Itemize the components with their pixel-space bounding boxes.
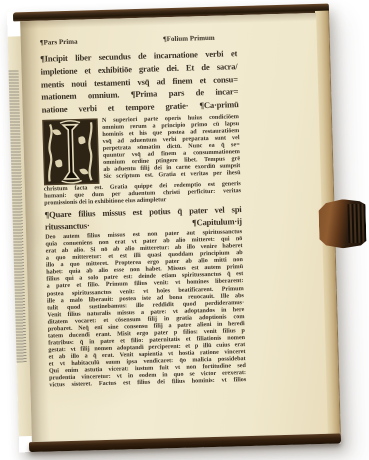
chapter-body: Deo autem filius missus est non pater au… [45, 228, 246, 388]
opening-paragraph: N superiori parte operis huius condiciōe… [42, 113, 241, 182]
running-header: ¶Pars Prima ¶Folium Primum [40, 33, 237, 47]
opening-paragraph-continued: christum facta est. Gratia quippe dei re… [44, 180, 242, 207]
clasp [318, 199, 366, 249]
page: ¶Pars Prima ¶Folium Primum ¶Incipit libe… [20, 13, 328, 442]
incipit-paragraph: ¶Incipit liber secundus de incarnatione … [40, 47, 239, 116]
clasp-ridges [348, 204, 367, 244]
book-photo: ¶Pars Prima ¶Folium Primum ¶Incipit libe… [7, 4, 341, 453]
woodcut-initial-I [42, 118, 100, 186]
text-block: ¶Pars Prima ¶Folium Primum ¶Incipit libe… [40, 33, 247, 389]
running-header-folio: ¶Folium Primum [163, 34, 215, 44]
chapter-heading-left: ritussanctus· [45, 219, 90, 232]
running-header-part: ¶Pars Prima [40, 38, 78, 48]
chapter-heading-right: ¶Capitulum·ij [192, 215, 242, 228]
